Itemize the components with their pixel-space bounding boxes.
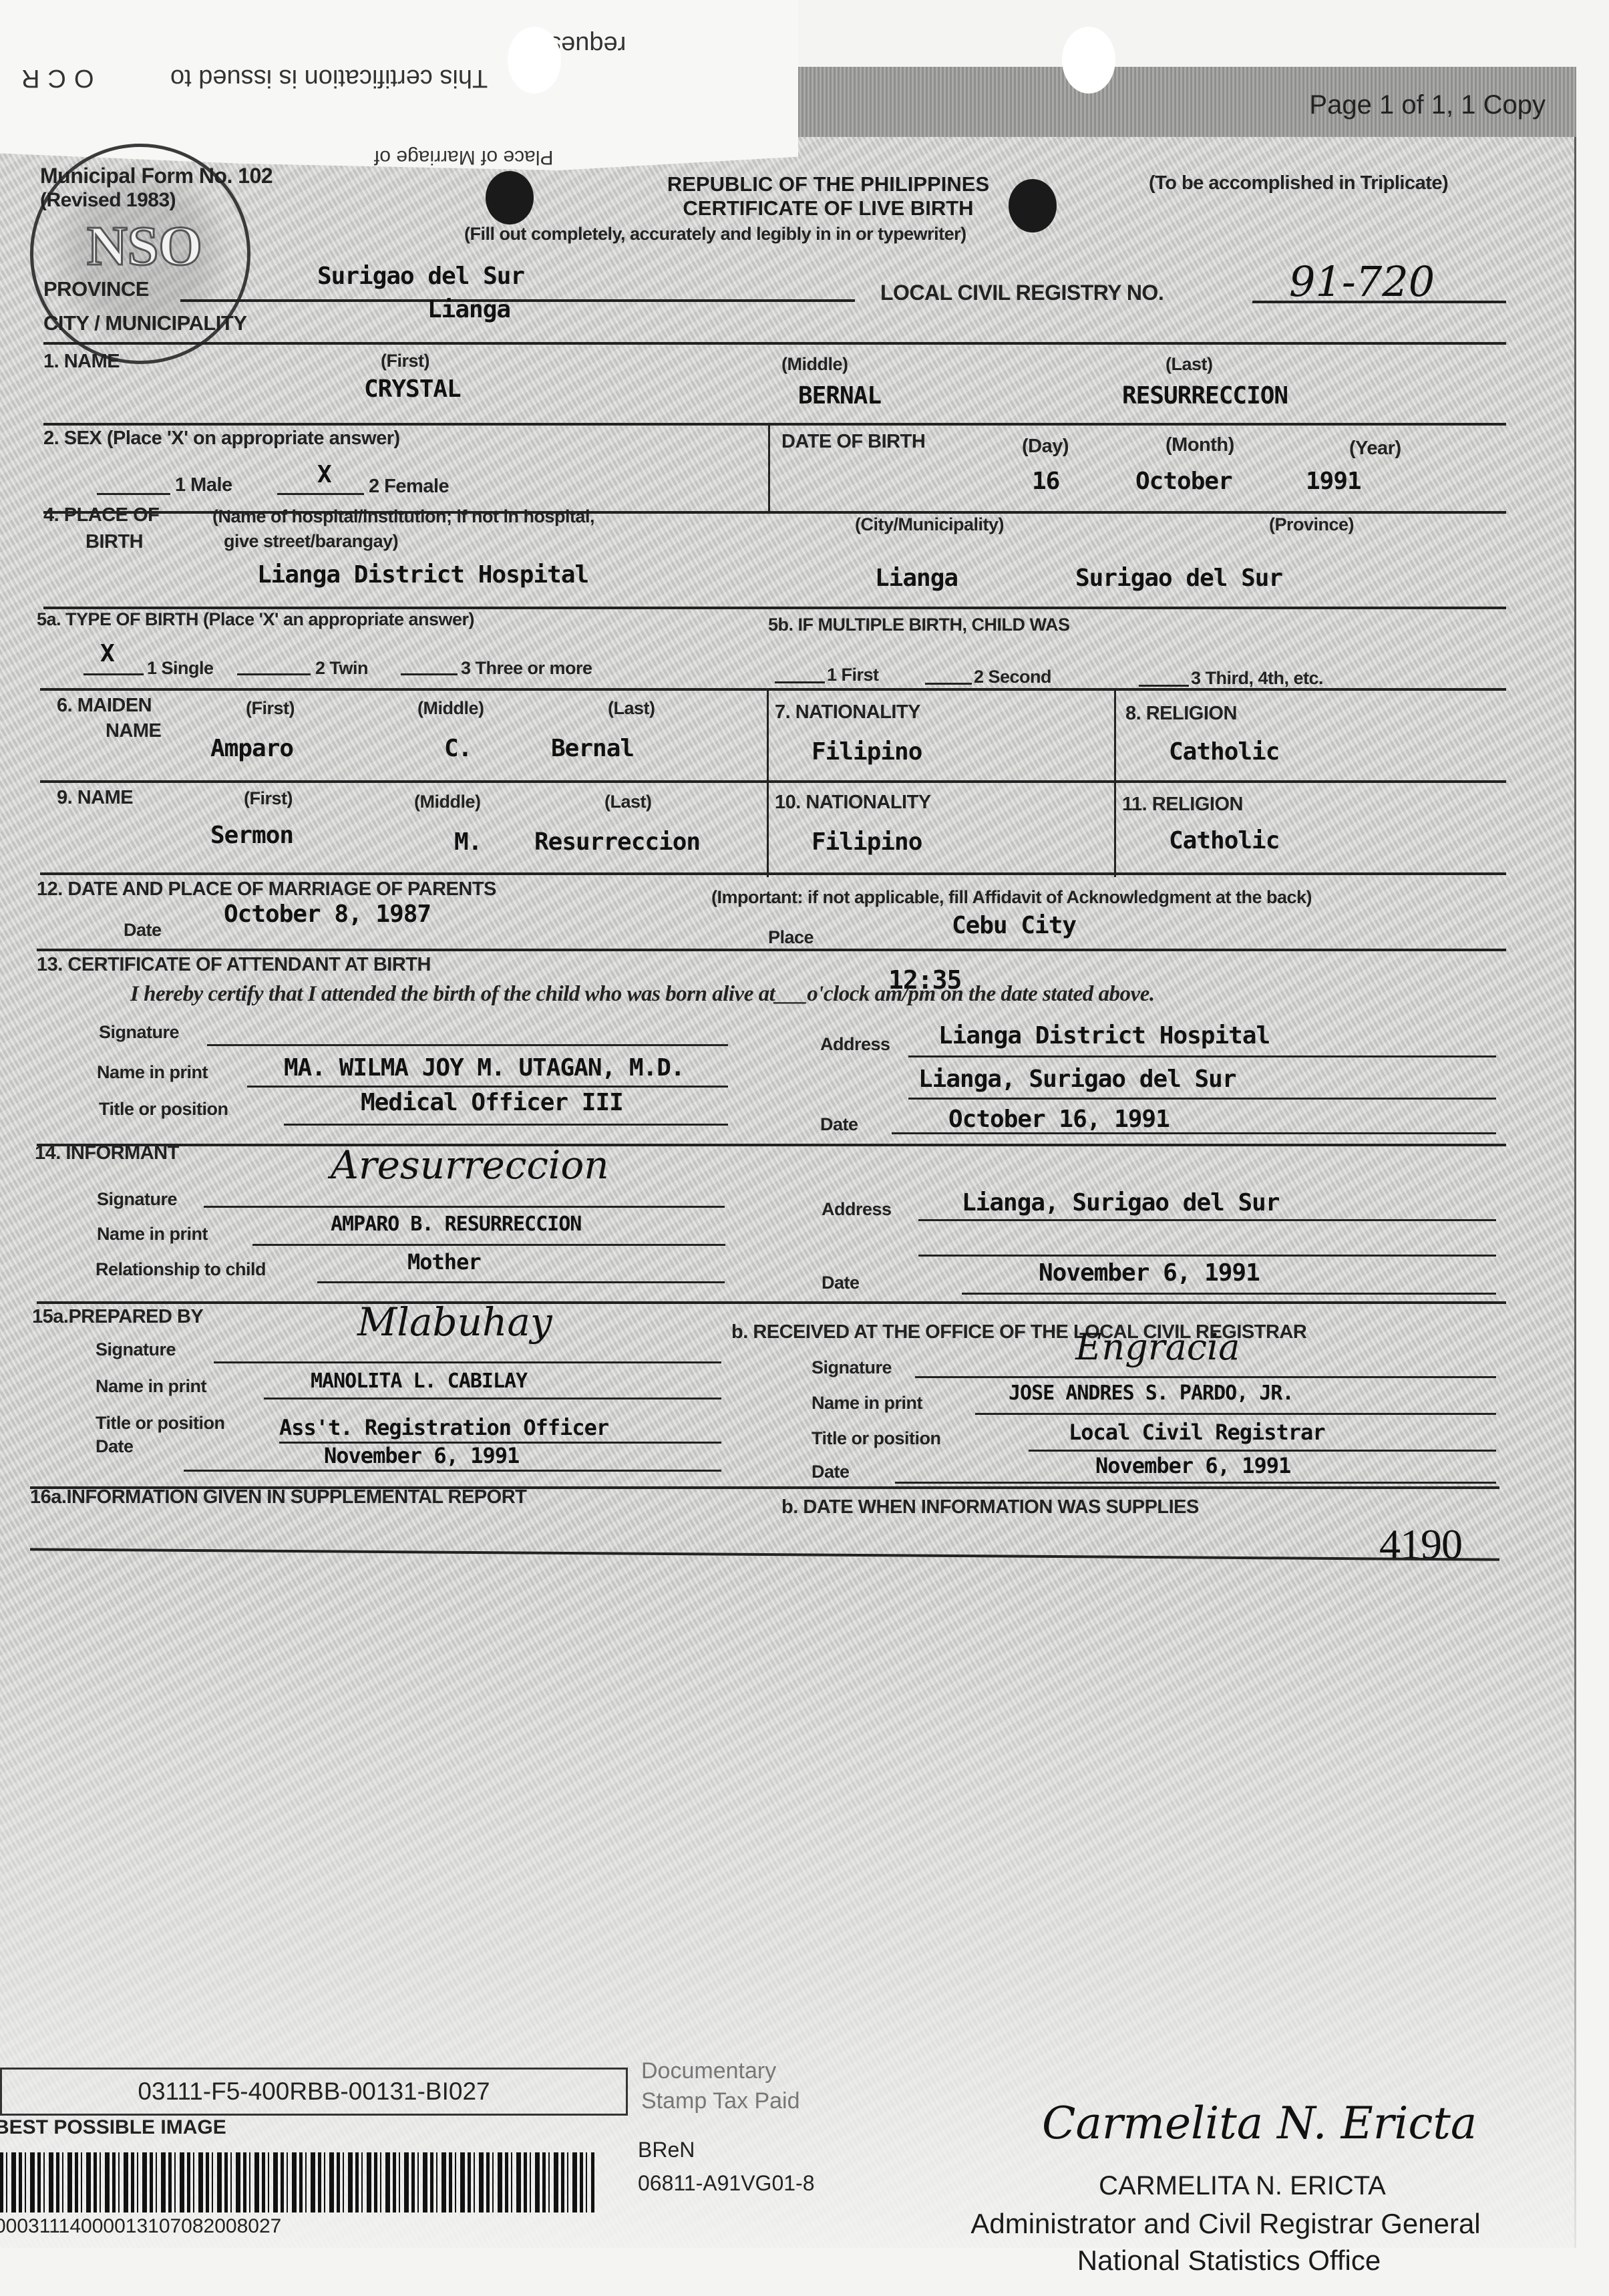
informant-address: Lianga, Surigao del Sur (962, 1189, 1280, 1216)
child-middle-name: BERNAL (798, 382, 881, 409)
attendant-signature-line (207, 1044, 728, 1046)
prepared-by-name: MANOLITA L. CABILAY (311, 1369, 527, 1393)
second-blank (925, 683, 972, 685)
mother-religion: Catholic (1169, 738, 1279, 766)
child-middle-label: (Middle) (781, 354, 848, 375)
best-possible-image-label: BEST POSSIBLE IMAGE (0, 2116, 226, 2139)
received-name-label: Name in print (812, 1393, 922, 1414)
signatory-office: National Statistics Office (908, 2245, 1550, 2277)
received-date: November 6, 1991 (1095, 1453, 1290, 1478)
rule (1252, 301, 1506, 303)
received-signature: Engracia (1075, 1326, 1240, 1368)
pob-province: Surigao del Sur (1075, 564, 1282, 592)
attendant-name-label: Name in print (97, 1062, 208, 1083)
pob-label: 4. PLACE OF (43, 504, 159, 526)
mother-label-name: NAME (106, 720, 161, 742)
rule (43, 342, 1506, 345)
attendant-title: Medical Officer III (361, 1089, 623, 1116)
barcode-icon (0, 2152, 594, 2212)
type-of-birth-label: 5a. TYPE OF BIRTH (Place 'X' an appropri… (37, 609, 474, 630)
signatory-name: CARMELITA N. ERICTA (908, 2171, 1576, 2201)
rule (895, 1482, 1496, 1484)
mother-religion-label: 8. RELIGION (1125, 703, 1237, 725)
rule (1029, 1450, 1496, 1452)
marriage-date: October 8, 1987 (224, 900, 431, 928)
attendant-date-label: Date (820, 1114, 858, 1135)
marriage-date-label: Date (124, 920, 162, 941)
informant-signature: Aresurreccion (331, 1142, 609, 1188)
city-value: Lianga (427, 296, 510, 323)
stamp-tax-line1: Documentary (641, 2058, 776, 2084)
type-three-option: 3 Three or more (461, 658, 592, 679)
dob-month: October (1135, 468, 1232, 495)
prepared-by-signature-label: Signature (96, 1339, 176, 1360)
father-middle-label: (Middle) (414, 792, 480, 812)
third-blank (1139, 685, 1189, 687)
mother-middle-label: (Middle) (417, 698, 484, 719)
informant-signature-label: Signature (97, 1189, 177, 1210)
attendant-title-label: Title or position (99, 1099, 228, 1120)
mother-nationality-label: 7. NATIONALITY (775, 701, 920, 723)
rule (317, 1281, 725, 1283)
received-name: JOSE ANDRES S. PARDO, JR. (1009, 1381, 1294, 1405)
mother-nationality: Filipino (812, 738, 922, 766)
rule (892, 1132, 1496, 1134)
twin-blank (237, 673, 311, 675)
sex-male-option: 1 Male (175, 474, 232, 496)
rule (918, 1255, 1496, 1257)
stamp-tax-line2: Stamp Tax Paid (641, 2088, 800, 2114)
multiple-third-option: 3 Third, 4th, etc. (1191, 668, 1323, 689)
mother-last-label: (Last) (608, 698, 655, 719)
rule (37, 1144, 1506, 1146)
sex-label: 2. SEX (Place 'X' on appropriate answer) (43, 428, 400, 450)
rule (918, 1219, 1496, 1221)
informant-relationship: Mother (407, 1249, 481, 1275)
attendant-signature-label: Signature (99, 1022, 179, 1043)
attendant-label: 13. CERTIFICATE OF ATTENDANT AT BIRTH (37, 954, 431, 976)
punch-hole (508, 27, 561, 94)
attendant-address-label: Address (820, 1034, 890, 1055)
rule (214, 1361, 721, 1363)
bren-number: 06811-A91VG01-8 (638, 2171, 814, 2196)
rule (1114, 690, 1116, 877)
prepared-by-title: Ass't. Registration Officer (279, 1415, 608, 1440)
father-religion-label: 11. RELIGION (1122, 794, 1243, 816)
rule (37, 949, 1506, 951)
informant-address-label: Address (822, 1199, 892, 1220)
signatory-title: Administrator and Civil Registrar Genera… (875, 2208, 1576, 2240)
informant-relationship-label: Relationship to child (96, 1259, 266, 1280)
prepared-by-name-label: Name in print (96, 1376, 206, 1397)
pob-city-label: (City/Municipality) (855, 514, 1004, 535)
father-middle-name: M. (454, 828, 482, 856)
informant-date-label: Date (822, 1273, 860, 1293)
pob-label-birth: BIRTH (85, 531, 143, 553)
rule (908, 1055, 1496, 1057)
marriage-label: 12. DATE AND PLACE OF MARRIAGE OF PARENT… (37, 878, 496, 900)
dob-year: 1991 (1306, 468, 1361, 495)
rule (767, 690, 769, 877)
header-instructions: (Fill out completely, accurately and leg… (464, 224, 966, 244)
child-first-label: (First) (381, 351, 429, 371)
received-date-label: Date (812, 1462, 850, 1482)
supplemental-label: 16a.INFORMATION GIVEN IN SUPPLEMENTAL RE… (30, 1486, 526, 1508)
father-nationality-label: 10. NATIONALITY (775, 792, 931, 814)
rule (40, 872, 1506, 875)
male-blank (97, 493, 170, 495)
rule (962, 1293, 1496, 1295)
binding-hole-mark (486, 171, 534, 224)
informant-name-label: Name in print (97, 1224, 208, 1245)
city-label: CITY / MUNICIPALITY (43, 311, 247, 335)
informant-date: November 6, 1991 (1039, 1259, 1260, 1287)
prepared-by-title-label: Title or position (96, 1413, 225, 1434)
marriage-place-label: Place (768, 927, 814, 948)
rule (37, 1301, 1506, 1304)
father-label: 9. NAME (57, 787, 133, 809)
rule (915, 1376, 1496, 1378)
mother-first-label: (First) (246, 698, 295, 719)
signatory-signature: Carmelita N. Ericta (1042, 2098, 1477, 2149)
form-revised: (Revised 1983) (40, 189, 176, 212)
multiple-birth-label: 5b. IF MULTIPLE BIRTH, CHILD WAS (768, 615, 1069, 635)
sex-female-mark: X (317, 461, 331, 488)
multiple-second-option: 2 Second (974, 667, 1051, 687)
registry-label: LOCAL CIVIL REGISTRY NO. (880, 281, 1164, 305)
child-name-label: 1. NAME (43, 351, 120, 373)
received-title-label: Title or position (812, 1428, 941, 1449)
dob-day-label: (Day) (1022, 436, 1069, 458)
dob-month-label: (Month) (1166, 434, 1234, 456)
prepared-by-date-label: Date (96, 1436, 134, 1457)
received-title: Local Civil Registrar (1069, 1420, 1325, 1445)
rule (975, 1413, 1496, 1415)
registry-number: 91-720 (1289, 257, 1435, 306)
prepared-by-date: November 6, 1991 (324, 1443, 519, 1468)
child-last-name: RESURRECCION (1122, 382, 1288, 409)
attendant-address-2: Lianga, Surigao del Sur (918, 1065, 1236, 1093)
three-blank (401, 673, 458, 675)
father-first-name: Sermon (210, 822, 293, 849)
pob-institution: Lianga District Hospital (257, 561, 588, 589)
female-blank (277, 493, 364, 495)
province-value: Surigao del Sur (317, 263, 524, 290)
form-number: Municipal Form No. 102 (40, 164, 273, 188)
rule (204, 1206, 725, 1208)
barcode-number: 0003111400001310708200802​7 (0, 2215, 281, 2238)
rule (184, 1470, 721, 1472)
father-last-label: (Last) (604, 792, 652, 812)
marriage-note: (Important: if not applicable, fill Affi… (711, 887, 1312, 908)
dob-day: 16 (1032, 468, 1059, 495)
rule (908, 1098, 1496, 1100)
father-last-name: Resurreccion (534, 828, 700, 856)
single-blank (83, 673, 144, 675)
dob-label: DATE OF BIRTH (781, 431, 925, 453)
type-single-option: 1 Single (147, 658, 214, 679)
informant-label: 14. INFORMANT (35, 1142, 179, 1164)
supplemental-number: 4190 (1379, 1520, 1462, 1569)
punch-hole (1062, 27, 1115, 94)
informant-name: AMPARO B. RESURRECCION (331, 1212, 581, 1236)
multiple-first-option: 1 First (827, 665, 879, 685)
pob-city: Lianga (875, 564, 958, 592)
rule (284, 1124, 728, 1126)
overlay-ocr: OCR (13, 63, 94, 92)
province-label: PROVINCE (43, 277, 149, 301)
prepared-by-signature: Mlabuhay (357, 1299, 552, 1345)
rule (264, 1398, 721, 1400)
attendant-address-1: Lianga District Hospital (938, 1022, 1270, 1049)
document-code: 03111-F5-400RBB-00131-BI027 (138, 2078, 490, 2105)
mother-first-name: Amparo (210, 735, 293, 762)
pob-province-label: (Province) (1269, 514, 1354, 535)
mother-middle-name: C. (444, 735, 472, 762)
rule (252, 1244, 725, 1246)
rule (43, 423, 1506, 426)
rule (40, 780, 1506, 783)
mother-last-name: Bernal (551, 735, 634, 762)
father-religion: Catholic (1169, 827, 1279, 854)
first-blank (775, 681, 825, 683)
rule (247, 1086, 728, 1088)
pob-hint: (Name of hospital/institution; if not in… (212, 506, 594, 527)
bren-label: BReN (638, 2138, 695, 2162)
supplemental-date-label: b. DATE WHEN INFORMATION WAS SUPPLIES (781, 1496, 1199, 1518)
attendant-date: October 16, 1991 (948, 1106, 1170, 1133)
attendant-statement: I hereby certify that I attended the bir… (130, 982, 1155, 1007)
header-certificate-title: CERTIFICATE OF LIVE BIRTH (594, 196, 1062, 220)
pob-hint-2: give street/barangay) (224, 531, 398, 552)
dob-year-label: (Year) (1349, 438, 1401, 460)
sex-female-option: 2 Female (369, 476, 449, 498)
type-single-mark: X (100, 640, 114, 667)
attendant-name: MA. WILMA JOY M. UTAGAN, M.D. (284, 1054, 685, 1082)
header-republic: REPUBLIC OF THE PHILIPPINES (594, 172, 1062, 196)
overlay-line-place: Place of Marriage of (374, 146, 553, 168)
marriage-place: Cebu City (952, 912, 1076, 939)
prepared-by-label: 15a.PREPARED BY (32, 1306, 203, 1328)
document-code-box: 03111-F5-400RBB-00131-BI027 (0, 2068, 628, 2116)
rule (40, 688, 1506, 691)
father-nationality: Filipino (812, 828, 922, 856)
father-first-label: (First) (244, 788, 293, 809)
header-triplicate: (To be accomplished in Triplicate) (1149, 172, 1448, 194)
child-first-name: CRYSTAL (364, 375, 461, 403)
rule (180, 299, 855, 302)
type-twin-option: 2 Twin (315, 658, 368, 679)
mother-label: 6. MAIDEN (57, 695, 152, 717)
overlay-line-issued: This certification is issued to (170, 63, 488, 92)
child-last-label: (Last) (1166, 354, 1213, 375)
received-signature-label: Signature (812, 1357, 892, 1378)
page-count: Page 1 of 1, 1 Copy (1309, 90, 1546, 120)
rule (768, 425, 770, 512)
